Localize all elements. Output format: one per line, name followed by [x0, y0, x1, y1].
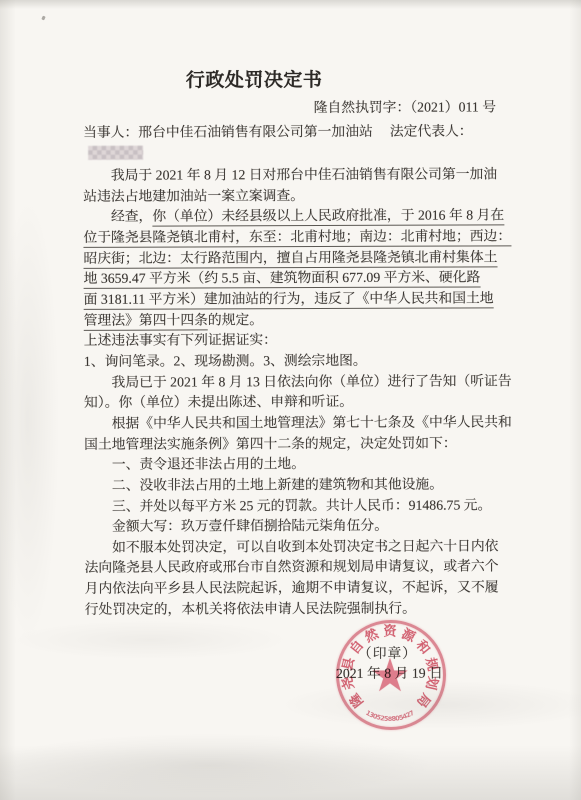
document-line: 经查，你（单位）未经县级以上人民政府批准，于 2016 年 8 月在 — [83, 206, 503, 228]
text-segment: 知）。你（单位）未提出陈述、申辩和听证。 — [84, 394, 353, 410]
text-segment: 月内依法向平乡县人民法院起诉，逾期不申请复议，不起诉，又不履 — [85, 580, 499, 596]
text-segment: 法向隆尧县人民政府或邢台市自然资源和规划局申请复议，或者六个 — [85, 559, 499, 575]
stamp-note: （印章） — [358, 642, 417, 662]
document-line: 二、没收非法占用的土地上新建的建筑物和其他设施。 — [84, 474, 504, 496]
text-segment: 根据《中华人民共和国土地管理法》第七十七条及《中华人民共和 — [112, 414, 512, 430]
document-line: 1、询问笔录。2、现场勘测。3、测绘宗地图。 — [84, 350, 504, 372]
document-line: 站违法占地建加油站一案立案调查。 — [83, 185, 503, 207]
text-segment: 二、没收非法占用的土地上新建的建筑物和其他设施。 — [112, 476, 443, 492]
document-line: 面 3181.11 平方米）建加油站的行为，违反了《中华人民共和国土地 — [84, 288, 504, 310]
document-line: 管理法》第四十四条的规定。 — [84, 309, 504, 331]
underlined-text: 管理法》第四十四条 — [84, 312, 208, 330]
text-segment: 行处罚决定的，本机关将依法申请人民法院强制执行。 — [85, 600, 416, 616]
document-line: 我局已于 2021 年 8 月 13 日依法向你（单位）进行了告知（听证告 — [84, 371, 504, 393]
text-segment: 经查， — [111, 209, 152, 224]
text-segment: 1、询问笔录。2、现场勘测。3、测绘宗地图。 — [84, 353, 367, 369]
document-title: 行政处罚决定书 — [186, 65, 323, 92]
document-line: 行处罚决定的，本机关将依法申请人民法院强制执行。 — [85, 598, 505, 620]
document-line: 根据《中华人民共和国土地管理法》第七十七条及《中华人民共和 — [84, 412, 504, 434]
document-line: 国土地管理法实施条例》第四十二条的规定，决定处罚如下： — [84, 433, 504, 455]
text-segment: 站违法占地建加油站一案立案调查。 — [83, 188, 304, 204]
legal-representative-label: 法定代表人： — [390, 123, 473, 138]
document-line: 三、并处以每平方米 25 元的罚款。共计人民币：91486.75 元。 — [84, 495, 504, 517]
document-line: 金额大写：玖万壹仟肆佰捌拾陆元柒角伍分。 — [84, 516, 504, 538]
text-segment: 我局已于 2021 年 8 月 13 日依法向你（单位）进行了告知（听证告 — [112, 373, 512, 389]
document-line: 地 3659.47 平方米（约 5.5 亩、建筑物面积 677.09 平方米、硬… — [84, 268, 504, 290]
party-line: 当事人：邢台中佳石油销售有限公司第一加油站法定代表人： — [83, 119, 473, 140]
document-line: 月内依法向平乡县人民法院起诉，逾期不申请复议，不起诉，又不履 — [85, 578, 505, 600]
document-page: 行政处罚决定书 隆自然执罚字：（2021）011 号 当事人：邢台中佳石油销售有… — [0, 0, 581, 800]
redacted-name — [88, 146, 143, 160]
text-segment: 三、并处以每平方米 25 元的罚款。共计人民币：91486.75 元。 — [112, 497, 491, 513]
document-number: 隆自然执罚字：（2021）011 号 — [314, 95, 496, 116]
document-body: 我局于 2021 年 8 月 12 日对邢台中佳石油销售有限公司第一加油站违法占… — [83, 164, 505, 620]
underlined-text: 你（单位）未经县级以上人民政府批准，于 2016 年 8 月在 — [152, 208, 504, 227]
document-line: 上述违法事实有下列证据证实： — [84, 330, 504, 352]
underlined-text: 面 3181.11 平方米）建加油站的行为，违反了《中华人民共和国土地 — [84, 290, 494, 309]
text-segment: 我局于 2021 年 8 月 12 日对邢台中佳石油销售有限公司第一加油 — [111, 166, 497, 182]
decision-date: 2021 年 8 月 19 日 — [336, 662, 443, 682]
document-line: 知）。你（单位）未提出陈述、申辩和听证。 — [84, 392, 504, 414]
text-segment: 国土地管理法实施条例》第四十二条的规定，决定处罚如下： — [84, 435, 457, 451]
text-segment: 的规定。 — [208, 312, 263, 327]
text-segment: 金额大写：玖万壹仟肆佰捌拾陆元柒角伍分。 — [112, 518, 388, 534]
text-segment: 一、责令退还非法占用的土地。 — [112, 456, 305, 472]
document-line: 一、责令退还非法占用的土地。 — [84, 454, 504, 476]
party-label: 当事人： — [83, 125, 138, 140]
document-line: 我局于 2021 年 8 月 12 日对邢台中佳石油销售有限公司第一加油 — [83, 164, 503, 186]
underlined-text: 位于隆尧县隆尧镇北甫村，东至：北甫村地；南边：北甫村地；西边： — [83, 228, 511, 247]
underlined-text: 昭庆街；北边：太行路范围内，擅自占用隆尧县隆尧镇北甫村集体土 — [83, 249, 497, 268]
document-line: 位于隆尧县隆尧镇北甫村，东至：北甫村地；南边：北甫村地；西边： — [83, 226, 503, 248]
document-line: 昭庆街；北边：太行路范围内，擅自占用隆尧县隆尧镇北甫村集体土 — [83, 247, 503, 269]
underlined-text: 地 3659.47 平方米（约 5.5 亩、建筑物面积 677.09 平方米、硬… — [84, 270, 481, 289]
party-name: 邢台中佳石油销售有限公司第一加油站 — [138, 124, 373, 140]
document-line: 如不服本处罚决定，可以自收到本处罚决定书之日起六十日内依 — [84, 536, 504, 558]
text-segment: 上述违法事实有下列证据证实： — [84, 332, 277, 348]
text-segment: 如不服本处罚决定，可以自收到本处罚决定书之日起六十日内依 — [112, 538, 498, 554]
document-line: 法向隆尧县人民政府或邢台市自然资源和规划局申请复议，或者六个 — [85, 557, 505, 579]
document-content: 行政处罚决定书 隆自然执罚字：（2021）011 号 当事人：邢台中佳石油销售有… — [0, 0, 581, 800]
